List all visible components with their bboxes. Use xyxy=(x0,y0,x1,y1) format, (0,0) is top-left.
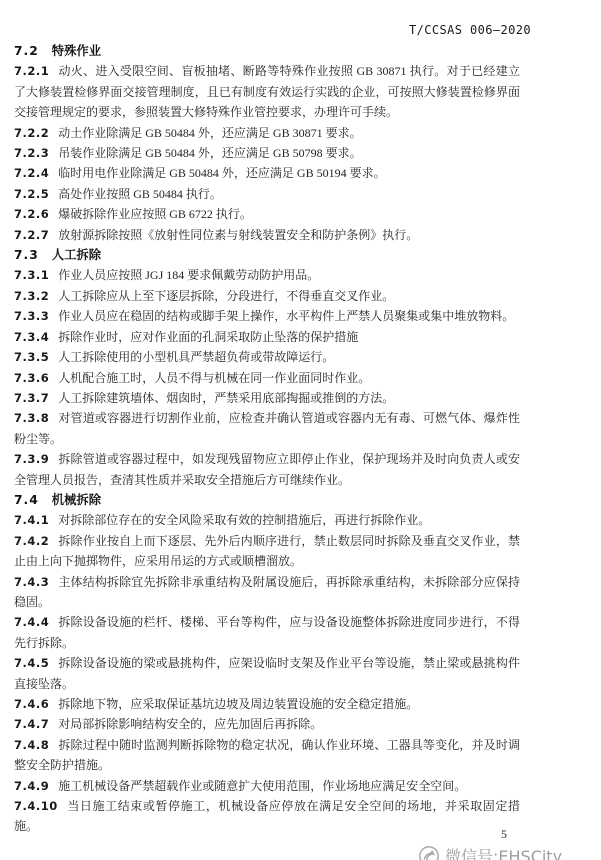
clause-7-3-8: 7.3.8对管道或容器进行切割作业前，应检查并确认管道或容器内无有毒、可燃气体、… xyxy=(14,408,520,449)
clause-text: 作业人员应按照 JGJ 184 要求佩戴劳动防护用品。 xyxy=(58,268,319,282)
clause-7-4-5: 7.4.5拆除设备设施的梁或悬挑构件，应架设临时支架及作业平台等设施，禁止梁或悬… xyxy=(14,653,520,694)
clause-7-4-4: 7.4.4拆除设备设施的栏杆、楼梯、平台等构件，应与设备设施整体拆除进度同步进行… xyxy=(14,612,520,653)
document-body: 7.2特殊作业 7.2.1动火、进入受限空间、盲板抽堵、断路等特殊作业按照 GB… xyxy=(14,41,520,837)
clause-text: 拆除作业按自上而下逐层、先外后内顺序进行，禁止数层同时拆除及垂直交叉作业，禁止由… xyxy=(14,534,520,568)
section-title: 机械拆除 xyxy=(52,493,101,507)
clause-text: 作业人员应在稳固的结构或脚手架上操作，水平构件上严禁人员聚集或集中堆放物料。 xyxy=(58,309,514,323)
clause-number: 7.4.3 xyxy=(14,575,49,589)
section-heading-7-2: 7.2特殊作业 xyxy=(14,41,520,61)
clause-text: 对管道或容器进行切割作业前，应检查并确认管道或容器内无有毒、可燃气体、爆炸性粉尘… xyxy=(14,411,520,445)
clause-number: 7.4.7 xyxy=(14,717,49,731)
clause-text: 人机配合施工时，人员不得与机械在同一作业面同时作业。 xyxy=(58,371,370,385)
clause-text: 吊装作业除满足 GB 50484 外，还应满足 GB 50798 要求。 xyxy=(58,146,361,160)
clause-7-2-3: 7.2.3吊装作业除满足 GB 50484 外，还应满足 GB 50798 要求… xyxy=(14,143,520,163)
clause-text: 拆除作业时，应对作业面的孔洞采取防止坠落的保护措施 xyxy=(58,330,358,344)
clause-7-3-9: 7.3.9拆除管道或容器过程中，如发现残留物应立即停止作业，保护现场并及时向负责… xyxy=(14,449,520,490)
clause-number: 7.3.4 xyxy=(14,330,49,344)
clause-number: 7.2.7 xyxy=(14,228,49,242)
clause-number: 7.4.9 xyxy=(14,779,49,793)
clause-7-2-7: 7.2.7放射源拆除按照《放射性同位素与射线装置安全和防护条例》执行。 xyxy=(14,225,520,245)
clause-text: 施工机械设备严禁超载作业或随意扩大使用范围，作业场地应满足安全空间。 xyxy=(58,779,466,793)
clause-text: 拆除过程中随时监测判断拆除物的稳定状况，确认作业环境、工器具等变化，并及时调整安… xyxy=(14,738,520,772)
clause-number: 7.3.1 xyxy=(14,268,49,282)
clause-7-4-8: 7.4.8拆除过程中随时监测判断拆除物的稳定状况，确认作业环境、工器具等变化，并… xyxy=(14,735,520,776)
clause-text: 动土作业除满足 GB 50484 外，还应满足 GB 30871 要求。 xyxy=(58,126,361,140)
section-number: 7.2 xyxy=(14,44,39,58)
watermark: 微信号:EHSCity xyxy=(418,844,562,860)
clause-7-3-2: 7.3.2人工拆除应从上至下逐层拆除，分段进行，不得垂直交叉作业。 xyxy=(14,286,520,306)
clause-number: 7.4.4 xyxy=(14,615,49,629)
clause-text: 人工拆除建筑墙体、烟囱时，严禁采用底部掏掘或推倒的方法。 xyxy=(58,391,394,405)
clause-number: 7.3.6 xyxy=(14,371,49,385)
clause-text: 爆破拆除作业应按照 GB 6722 执行。 xyxy=(58,207,252,221)
clause-text: 放射源拆除按照《放射性同位素与射线装置安全和防护条例》执行。 xyxy=(58,228,418,242)
clause-number: 7.2.5 xyxy=(14,187,49,201)
clause-text: 当日施工结束或暂停施工，机械设备应停放在满足安全空间的场地，并采取固定措施。 xyxy=(14,799,520,833)
clause-7-3-6: 7.3.6人机配合施工时，人员不得与机械在同一作业面同时作业。 xyxy=(14,368,520,388)
clause-7-3-7: 7.3.7人工拆除建筑墙体、烟囱时，严禁采用底部掏掘或推倒的方法。 xyxy=(14,388,520,408)
clause-number: 7.4.8 xyxy=(14,738,49,752)
clause-text: 临时用电作业除满足 GB 50484 外，还应满足 GB 50194 要求。 xyxy=(58,166,385,180)
clause-7-4-3: 7.4.3主体结构拆除宜先拆除非承重结构及附属设施后，再拆除承重结构，未拆除部分… xyxy=(14,572,520,613)
section-heading-7-3: 7.3人工拆除 xyxy=(14,245,520,265)
clause-number: 7.4.5 xyxy=(14,656,49,670)
page-number: 5 xyxy=(501,827,507,842)
clause-7-4-7: 7.4.7对局部拆除影响结构安全的，应先加固后再拆除。 xyxy=(14,714,520,734)
clause-text: 高处作业按照 GB 50484 执行。 xyxy=(58,187,222,201)
clause-text: 对拆除部位存在的安全风险采取有效的控制措施后，再进行拆除作业。 xyxy=(58,513,430,527)
clause-text: 人工拆除应从上至下逐层拆除，分段进行，不得垂直交叉作业。 xyxy=(58,289,394,303)
clause-7-3-5: 7.3.5人工拆除使用的小型机具严禁超负荷或带故障运行。 xyxy=(14,347,520,367)
clause-text: 主体结构拆除宜先拆除非承重结构及附属设施后，再拆除承重结构，未拆除部分应保持稳固… xyxy=(14,575,520,609)
clause-number: 7.2.3 xyxy=(14,146,49,160)
clause-7-2-2: 7.2.2动土作业除满足 GB 50484 外，还应满足 GB 30871 要求… xyxy=(14,123,520,143)
clause-number: 7.4.2 xyxy=(14,534,49,548)
clause-number: 7.2.4 xyxy=(14,166,49,180)
wechat-logo-icon xyxy=(418,845,440,860)
clause-number: 7.4.1 xyxy=(14,513,49,527)
clause-7-4-1: 7.4.1对拆除部位存在的安全风险采取有效的控制措施后，再进行拆除作业。 xyxy=(14,510,520,530)
clause-7-4-6: 7.4.6拆除地下物，应采取保证基坑边坡及周边装置设施的安全稳定措施。 xyxy=(14,694,520,714)
clause-number: 7.4.10 xyxy=(14,799,58,813)
clause-number: 7.3.2 xyxy=(14,289,49,303)
clause-7-2-5: 7.2.5高处作业按照 GB 50484 执行。 xyxy=(14,184,520,204)
clause-7-3-3: 7.3.3作业人员应在稳固的结构或脚手架上操作，水平构件上严禁人员聚集或集中堆放… xyxy=(14,306,520,326)
clause-text: 拆除地下物，应采取保证基坑边坡及周边装置设施的安全稳定措施。 xyxy=(58,697,418,711)
clause-7-2-6: 7.2.6爆破拆除作业应按照 GB 6722 执行。 xyxy=(14,204,520,224)
clause-7-4-2: 7.4.2拆除作业按自上而下逐层、先外后内顺序进行，禁止数层同时拆除及垂直交叉作… xyxy=(14,531,520,572)
clause-number: 7.3.3 xyxy=(14,309,49,323)
section-number: 7.4 xyxy=(14,493,39,507)
clause-text: 对局部拆除影响结构安全的，应先加固后再拆除。 xyxy=(58,717,322,731)
clause-7-4-10: 7.4.10当日施工结束或暂停施工，机械设备应停放在满足安全空间的场地，并采取固… xyxy=(14,796,520,837)
clause-7-2-1: 7.2.1动火、进入受限空间、盲板抽堵、断路等特殊作业按照 GB 30871 执… xyxy=(14,61,520,122)
clause-text: 拆除管道或容器过程中，如发现残留物应立即停止作业，保护现场并及时向负责人或安全管… xyxy=(14,452,520,486)
clause-number: 7.2.2 xyxy=(14,126,49,140)
clause-number: 7.3.9 xyxy=(14,452,49,466)
clause-text: 拆除设备设施的栏杆、楼梯、平台等构件，应与设备设施整体拆除进度同步进行，不得先行… xyxy=(14,615,520,649)
clause-number: 7.3.5 xyxy=(14,350,49,364)
clause-text: 拆除设备设施的梁或悬挑构件，应架设临时支架及作业平台等设施，禁止梁或悬挑构件直接… xyxy=(14,656,520,690)
section-heading-7-4: 7.4机械拆除 xyxy=(14,490,520,510)
document-page: T/CCSAS 006—2020 7.2特殊作业 7.2.1动火、进入受限空间、… xyxy=(0,0,601,860)
clause-7-2-4: 7.2.4临时用电作业除满足 GB 50484 外，还应满足 GB 50194 … xyxy=(14,163,520,183)
clause-number: 7.2.6 xyxy=(14,207,49,221)
section-title: 特殊作业 xyxy=(52,44,101,58)
clause-text: 人工拆除使用的小型机具严禁超负荷或带故障运行。 xyxy=(58,350,334,364)
clause-number: 7.2.1 xyxy=(14,64,49,78)
clause-number: 7.4.6 xyxy=(14,697,49,711)
section-number: 7.3 xyxy=(14,248,39,262)
clause-7-4-9: 7.4.9施工机械设备严禁超载作业或随意扩大使用范围，作业场地应满足安全空间。 xyxy=(14,776,520,796)
clause-number: 7.3.7 xyxy=(14,391,49,405)
watermark-text: 微信号:EHSCity xyxy=(445,844,562,860)
clause-text: 动火、进入受限空间、盲板抽堵、断路等特殊作业按照 GB 30871 执行。对于已… xyxy=(14,64,520,119)
document-number-header: T/CCSAS 006—2020 xyxy=(409,23,531,37)
clause-7-3-1: 7.3.1作业人员应按照 JGJ 184 要求佩戴劳动防护用品。 xyxy=(14,265,520,285)
clause-7-3-4: 7.3.4拆除作业时，应对作业面的孔洞采取防止坠落的保护措施 xyxy=(14,327,520,347)
section-title: 人工拆除 xyxy=(52,248,101,262)
clause-number: 7.3.8 xyxy=(14,411,49,425)
